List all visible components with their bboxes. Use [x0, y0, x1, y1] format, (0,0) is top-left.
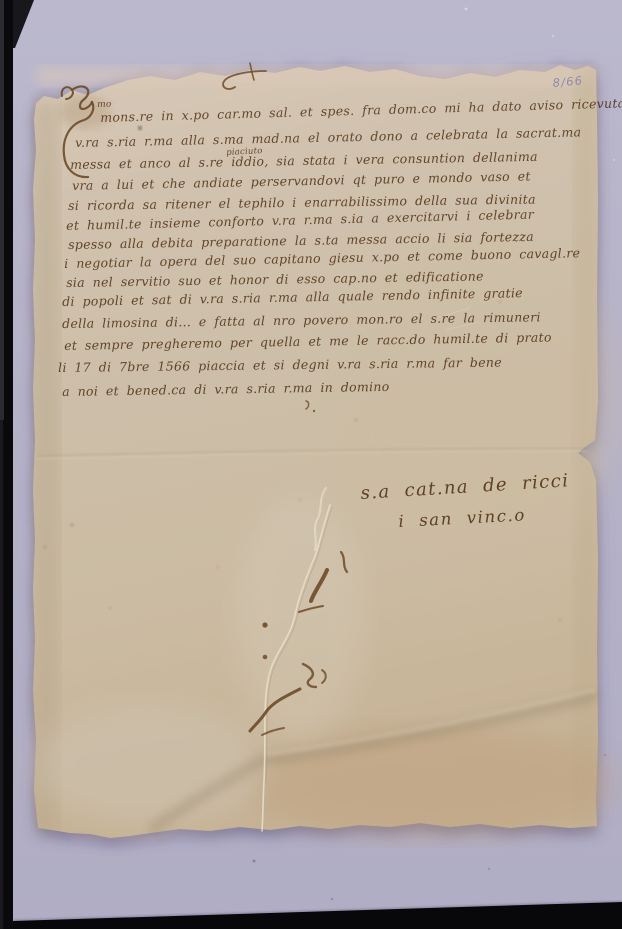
ink-dot [313, 410, 315, 412]
slide-photograph: mo mons.re in x.po car.mo sal. et spes. … [0, 0, 622, 929]
catalog-annotation: 8/66 [552, 73, 584, 90]
monogram-superscript: mo [97, 99, 112, 109]
